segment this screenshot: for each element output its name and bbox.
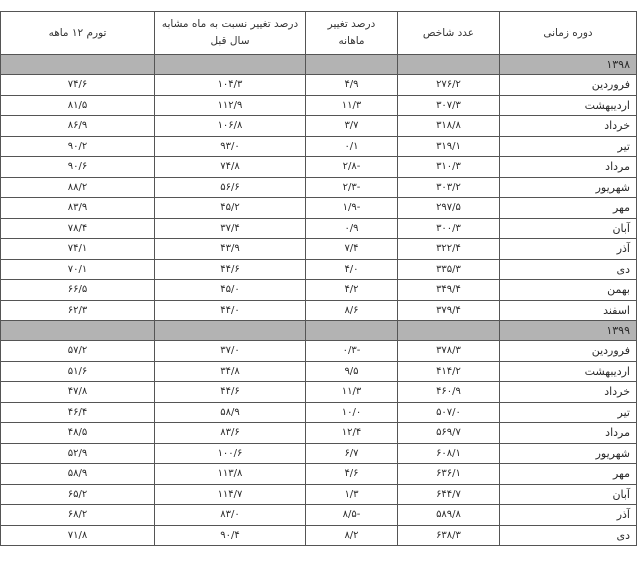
cell-period: تیر	[500, 136, 637, 157]
cell-monthly: ۴/۶	[306, 464, 398, 485]
table-row: آبان۳۰۰/۳۰/۹۳۷/۴۷۸/۴	[1, 218, 637, 239]
cell-annual: ۹۰/۶	[1, 157, 155, 178]
cell-annual: ۷۴/۱	[1, 239, 155, 260]
cell-period: فروردین	[500, 341, 637, 362]
cell-index: ۶۴۴/۷	[398, 484, 500, 505]
header-row: دوره زمانی عدد شاخص درصد تغییر ماهانه در…	[1, 12, 637, 55]
table-row: فروردین۳۷۸/۳-۰/۳۳۷/۰۵۷/۲	[1, 341, 637, 362]
cell-index: ۴۶۰/۹	[398, 382, 500, 403]
cell-index: ۳۷۹/۴	[398, 300, 500, 321]
header-monthly-line2: ماهانه	[306, 33, 397, 50]
cell-annual: ۵۱/۶	[1, 361, 155, 382]
cell-monthly: ۰/۹	[306, 218, 398, 239]
cell-monthly: -۲/۸	[306, 157, 398, 178]
cell-yoy: ۴۵/۲	[155, 198, 306, 219]
cell-index: ۶۳۶/۱	[398, 464, 500, 485]
cell-annual: ۷۸/۴	[1, 218, 155, 239]
cell-monthly: ۷/۴	[306, 239, 398, 260]
cell-yoy: ۵۶/۶	[155, 177, 306, 198]
cell-period: آذر	[500, 239, 637, 260]
header-index: عدد شاخص	[398, 12, 500, 55]
cell-index: ۳۰۳/۲	[398, 177, 500, 198]
cell-annual: ۷۴/۶	[1, 75, 155, 96]
table-row: مرداد۵۶۹/۷۱۲/۴۸۳/۶۴۸/۵	[1, 423, 637, 444]
cell-monthly: ۰/۱	[306, 136, 398, 157]
cell-yoy: ۱۰۰/۶	[155, 443, 306, 464]
cell-monthly: ۹/۵	[306, 361, 398, 382]
cell-period: آبان	[500, 484, 637, 505]
cell-annual: ۴۸/۵	[1, 423, 155, 444]
cell-yoy: ۴۴/۶	[155, 259, 306, 280]
cell-index: ۲۷۶/۲	[398, 75, 500, 96]
cell-yoy: ۴۳/۹	[155, 239, 306, 260]
cell-index: ۴۱۴/۲	[398, 361, 500, 382]
cell-index: ۵۶۹/۷	[398, 423, 500, 444]
table-row: اردیبهشت۳۰۷/۳۱۱/۳۱۱۲/۹۸۱/۵	[1, 95, 637, 116]
cell-annual: ۶۸/۲	[1, 505, 155, 526]
cell-yoy: ۱۱۳/۸	[155, 464, 306, 485]
cell-index: ۳۳۵/۳	[398, 259, 500, 280]
cell-yoy: ۴۵/۰	[155, 280, 306, 301]
cell-index: ۳۰۷/۳	[398, 95, 500, 116]
table-row: شهریور۶۰۸/۱۶/۷۱۰۰/۶۵۲/۹	[1, 443, 637, 464]
cell-yoy: ۴۴/۶	[155, 382, 306, 403]
cell-monthly: ۳/۷	[306, 116, 398, 137]
cell-period: مرداد	[500, 157, 637, 178]
table-row: تیر۵۰۷/۰۱۰/۰۵۸/۹۴۶/۴	[1, 402, 637, 423]
year-row-empty-cell	[155, 55, 306, 75]
year-row-empty-cell	[398, 55, 500, 75]
cell-monthly: ۸/۶	[306, 300, 398, 321]
cell-index: ۶۰۸/۱	[398, 443, 500, 464]
year-label: ۱۳۹۸	[500, 55, 637, 75]
cell-period: خرداد	[500, 382, 637, 403]
cell-index: ۳۱۰/۳	[398, 157, 500, 178]
table-row: دی۳۳۵/۳۴/۰۴۴/۶۷۰/۱	[1, 259, 637, 280]
cell-yoy: ۹۳/۰	[155, 136, 306, 157]
header-monthly-change: درصد تغییر ماهانه	[306, 12, 398, 55]
cell-annual: ۸۸/۲	[1, 177, 155, 198]
cell-annual: ۵۲/۹	[1, 443, 155, 464]
cell-index: ۵۰۷/۰	[398, 402, 500, 423]
cell-monthly: -۸/۵	[306, 505, 398, 526]
cell-monthly: ۴/۹	[306, 75, 398, 96]
cell-yoy: ۳۴/۸	[155, 361, 306, 382]
cell-monthly: ۱۱/۳	[306, 382, 398, 403]
cell-index: ۲۹۷/۵	[398, 198, 500, 219]
cell-index: ۶۳۸/۳	[398, 525, 500, 546]
inflation-table: دوره زمانی عدد شاخص درصد تغییر ماهانه در…	[0, 11, 637, 546]
cell-monthly: ۴/۰	[306, 259, 398, 280]
cell-annual: ۷۱/۸	[1, 525, 155, 546]
cell-period: خرداد	[500, 116, 637, 137]
year-row-empty-cell	[155, 321, 306, 341]
table-row: مرداد۳۱۰/۳-۲/۸۷۴/۸۹۰/۶	[1, 157, 637, 178]
table-row: آذر۳۲۲/۴۷/۴۴۳/۹۷۴/۱	[1, 239, 637, 260]
cell-yoy: ۵۸/۹	[155, 402, 306, 423]
header-yoy-line2: سال قبل	[155, 33, 305, 50]
cell-annual: ۵۸/۹	[1, 464, 155, 485]
cell-yoy: ۱۱۴/۷	[155, 484, 306, 505]
table-row: آذر۵۸۹/۸-۸/۵۸۳/۰۶۸/۲	[1, 505, 637, 526]
header-annual-label: تورم ۱۲ ماهه	[49, 27, 107, 39]
cell-index: ۵۸۹/۸	[398, 505, 500, 526]
table-row: بهمن۳۴۹/۴۴/۲۴۵/۰۶۶/۵	[1, 280, 637, 301]
cell-monthly: ۱۰/۰	[306, 402, 398, 423]
cell-annual: ۸۳/۹	[1, 198, 155, 219]
cell-monthly: -۱/۹	[306, 198, 398, 219]
cell-annual: ۶۲/۳	[1, 300, 155, 321]
table-row: خرداد۳۱۸/۸۳/۷۱۰۶/۸۸۶/۹	[1, 116, 637, 137]
cell-yoy: ۱۰۴/۳	[155, 75, 306, 96]
cell-annual: ۶۵/۲	[1, 484, 155, 505]
cell-annual: ۶۶/۵	[1, 280, 155, 301]
table-body: ۱۳۹۸فروردین۲۷۶/۲۴/۹۱۰۴/۳۷۴/۶اردیبهشت۳۰۷/…	[1, 55, 637, 546]
cell-index: ۳۷۸/۳	[398, 341, 500, 362]
table-row: آبان۶۴۴/۷۱/۳۱۱۴/۷۶۵/۲	[1, 484, 637, 505]
cell-index: ۳۱۹/۱	[398, 136, 500, 157]
cell-monthly: ۱۱/۳	[306, 95, 398, 116]
cell-yoy: ۳۷/۴	[155, 218, 306, 239]
cell-period: دی	[500, 525, 637, 546]
year-label: ۱۳۹۹	[500, 321, 637, 341]
cell-period: آذر	[500, 505, 637, 526]
header-yoy-change: درصد تغییر نسبت به ماه مشابه سال قبل	[155, 12, 306, 55]
cell-yoy: ۷۴/۸	[155, 157, 306, 178]
cell-annual: ۷۰/۱	[1, 259, 155, 280]
cell-index: ۳۰۰/۳	[398, 218, 500, 239]
cell-period: اسفند	[500, 300, 637, 321]
year-row-empty-cell	[306, 55, 398, 75]
table-row: اردیبهشت۴۱۴/۲۹/۵۳۴/۸۵۱/۶	[1, 361, 637, 382]
cell-annual: ۹۰/۲	[1, 136, 155, 157]
cell-monthly: ۱/۳	[306, 484, 398, 505]
table-row: شهریور۳۰۳/۲-۲/۳۵۶/۶۸۸/۲	[1, 177, 637, 198]
cell-annual: ۸۶/۹	[1, 116, 155, 137]
cell-period: فروردین	[500, 75, 637, 96]
header-period-label: دوره زمانی	[543, 27, 592, 39]
cell-yoy: ۱۱۲/۹	[155, 95, 306, 116]
cell-index: ۳۱۸/۸	[398, 116, 500, 137]
cell-monthly: -۲/۳	[306, 177, 398, 198]
table-row: خرداد۴۶۰/۹۱۱/۳۴۴/۶۴۷/۸	[1, 382, 637, 403]
cell-yoy: ۴۴/۰	[155, 300, 306, 321]
year-row-empty-cell	[306, 321, 398, 341]
header-index-label: عدد شاخص	[423, 27, 474, 39]
year-row: ۱۳۹۸	[1, 55, 637, 75]
year-row-empty-cell	[1, 55, 155, 75]
table-row: اسفند۳۷۹/۴۸/۶۴۴/۰۶۲/۳	[1, 300, 637, 321]
cell-period: بهمن	[500, 280, 637, 301]
year-row: ۱۳۹۹	[1, 321, 637, 341]
header-yoy-line1: درصد تغییر نسبت به ماه مشابه	[155, 16, 305, 33]
year-row-empty-cell	[398, 321, 500, 341]
table-row: دی۶۳۸/۳۸/۲۹۰/۴۷۱/۸	[1, 525, 637, 546]
cell-monthly: ۶/۷	[306, 443, 398, 464]
cell-yoy: ۹۰/۴	[155, 525, 306, 546]
cell-monthly: ۱۲/۴	[306, 423, 398, 444]
cell-monthly: -۰/۳	[306, 341, 398, 362]
cell-period: اردیبهشت	[500, 361, 637, 382]
cell-index: ۳۲۲/۴	[398, 239, 500, 260]
cell-annual: ۴۷/۸	[1, 382, 155, 403]
cell-yoy: ۸۳/۶	[155, 423, 306, 444]
cell-annual: ۵۷/۲	[1, 341, 155, 362]
cell-index: ۳۴۹/۴	[398, 280, 500, 301]
table-row: مهر۲۹۷/۵-۱/۹۴۵/۲۸۳/۹	[1, 198, 637, 219]
cell-period: مهر	[500, 198, 637, 219]
header-annual-inflation: تورم ۱۲ ماهه	[1, 12, 155, 55]
table-row: فروردین۲۷۶/۲۴/۹۱۰۴/۳۷۴/۶	[1, 75, 637, 96]
cell-yoy: ۸۳/۰	[155, 505, 306, 526]
cell-period: اردیبهشت	[500, 95, 637, 116]
cell-period: مهر	[500, 464, 637, 485]
year-row-empty-cell	[1, 321, 155, 341]
header-monthly-line1: درصد تغییر	[306, 16, 397, 33]
cell-yoy: ۱۰۶/۸	[155, 116, 306, 137]
cell-period: آبان	[500, 218, 637, 239]
table-row: تیر۳۱۹/۱۰/۱۹۳/۰۹۰/۲	[1, 136, 637, 157]
cell-period: شهریور	[500, 177, 637, 198]
cell-period: شهریور	[500, 443, 637, 464]
cell-yoy: ۳۷/۰	[155, 341, 306, 362]
cell-monthly: ۴/۲	[306, 280, 398, 301]
cell-period: تیر	[500, 402, 637, 423]
cell-period: دی	[500, 259, 637, 280]
header-period: دوره زمانی	[500, 12, 637, 55]
table-row: مهر۶۳۶/۱۴/۶۱۱۳/۸۵۸/۹	[1, 464, 637, 485]
cell-period: مرداد	[500, 423, 637, 444]
cell-annual: ۴۶/۴	[1, 402, 155, 423]
cell-annual: ۸۱/۵	[1, 95, 155, 116]
cell-monthly: ۸/۲	[306, 525, 398, 546]
